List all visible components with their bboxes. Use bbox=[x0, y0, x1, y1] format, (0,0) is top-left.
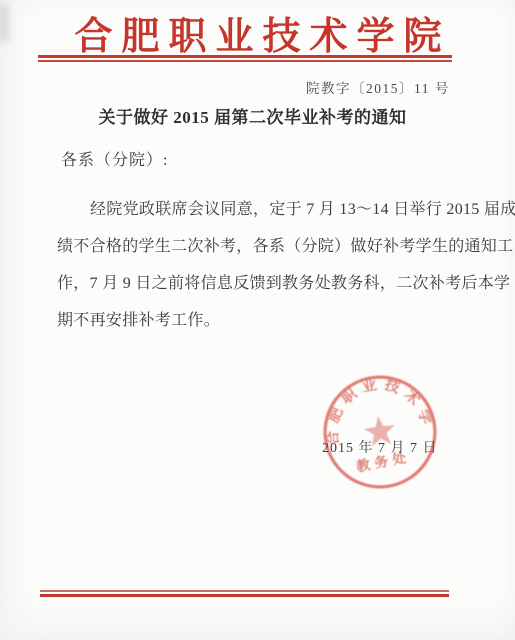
letterhead-title: 合肥职业技术学院 bbox=[0, 5, 515, 60]
letterhead-rule-top bbox=[38, 55, 452, 58]
body-line: 经院党政联席会议同意，定于 7 月 13～14 日举行 2015 届成 bbox=[57, 191, 467, 228]
body-line: 作，7 月 9 日之前将信息反馈到教务处教务科，二次补考后本学 bbox=[57, 265, 467, 302]
footer-rule-bottom bbox=[40, 594, 449, 597]
official-seal: 合肥职业技术学院 教务处 bbox=[312, 364, 448, 500]
body-paragraph: 经院党政联席会议同意，定于 7 月 13～14 日举行 2015 届成 绩不合格… bbox=[57, 191, 467, 339]
letterhead-rule-bottom bbox=[38, 60, 452, 62]
letterhead-rule bbox=[38, 55, 452, 62]
footer-rule bbox=[40, 590, 449, 597]
seal-graphic: 合肥职业技术学院 教务处 bbox=[312, 364, 448, 500]
body-line: 绩不合格的学生二次补考，各系（分院）做好补考学生的通知工 bbox=[57, 228, 467, 265]
body-line: 期不再安排补考工作。 bbox=[57, 302, 467, 339]
doc-number: 院教字〔2015〕11 号 bbox=[306, 77, 450, 97]
subject-title: 关于做好 2015 届第二次毕业补考的通知 bbox=[0, 103, 505, 128]
salutation: 各系（分院）: bbox=[61, 147, 168, 170]
document-page: 合肥职业技术学院 院教字〔2015〕11 号 关于做好 2015 届第二次毕业补… bbox=[0, 0, 515, 640]
footer-rule-top bbox=[40, 590, 449, 592]
sign-date: 2015 年 7 月 7 日 bbox=[322, 437, 438, 457]
